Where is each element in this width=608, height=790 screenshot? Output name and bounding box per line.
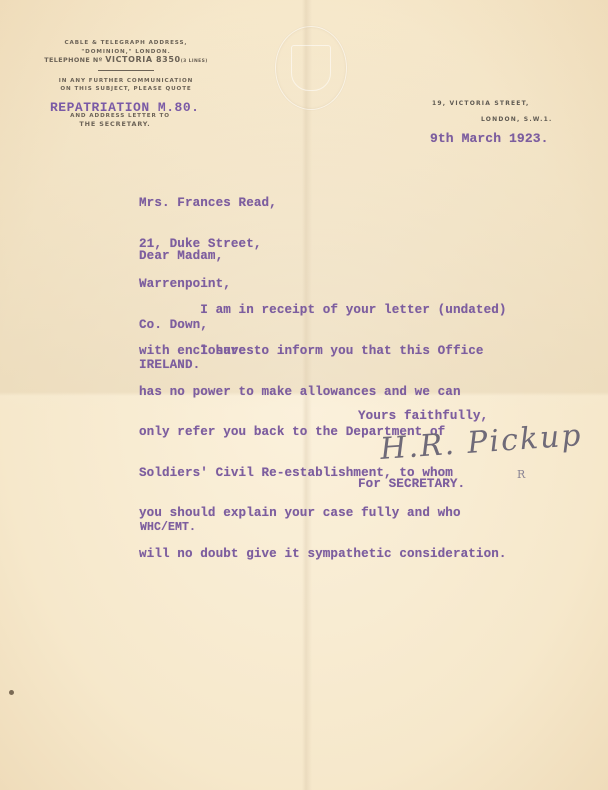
signed-for: For SECRETARY. (358, 478, 465, 492)
telephone-prefix: TELEPHONE Nº (44, 56, 102, 64)
body-line: you should explain your case fully and w… (139, 507, 507, 521)
office-address-line1: 19, VICTORIA STREET, (432, 100, 530, 107)
signature-initial-mark: R (517, 468, 525, 481)
salutation: Dear Madam, (139, 250, 223, 264)
body-line: will no doubt give it sympathetic consid… (139, 548, 507, 562)
reference-initials: WHC/EMT. (140, 521, 196, 535)
telephone-line: TELEPHONE Nº VICTORIA 8350(3 LINES) (38, 56, 214, 67)
letterhead-divider (98, 70, 154, 71)
embossed-crest-seal-icon (275, 26, 347, 110)
paper-spot (9, 690, 14, 695)
telephone-suffix: (3 LINES) (181, 59, 208, 64)
address-letter-to-secretary: THE SECRETARY. (60, 120, 170, 129)
further-communication-line2: ON THIS SUBJECT, PLEASE QUOTE (38, 85, 214, 94)
letterhead-contact-block: CABLE & TELEGRAPH ADDRESS, "DOMINION," L… (38, 39, 214, 94)
body-line: I am in receipt of your letter (undated) (139, 304, 507, 318)
valediction: Yours faithfully, (358, 410, 488, 424)
body-line: I have to inform you that this Office (139, 345, 507, 359)
further-communication-line1: IN ANY FURTHER COMMUNICATION (38, 77, 214, 86)
recipient-name: Mrs. Frances Read, (139, 197, 277, 211)
crest-shield-icon (291, 45, 331, 91)
cable-address-label: CABLE & TELEGRAPH ADDRESS, (38, 39, 214, 48)
body-line: has no power to make allowances and we c… (139, 386, 507, 400)
telephone-number: VICTORIA 8350 (105, 55, 180, 64)
letter-date: 9th March 1923. (430, 132, 549, 146)
office-address-line2: LONDON, S.W.1. (481, 116, 552, 123)
